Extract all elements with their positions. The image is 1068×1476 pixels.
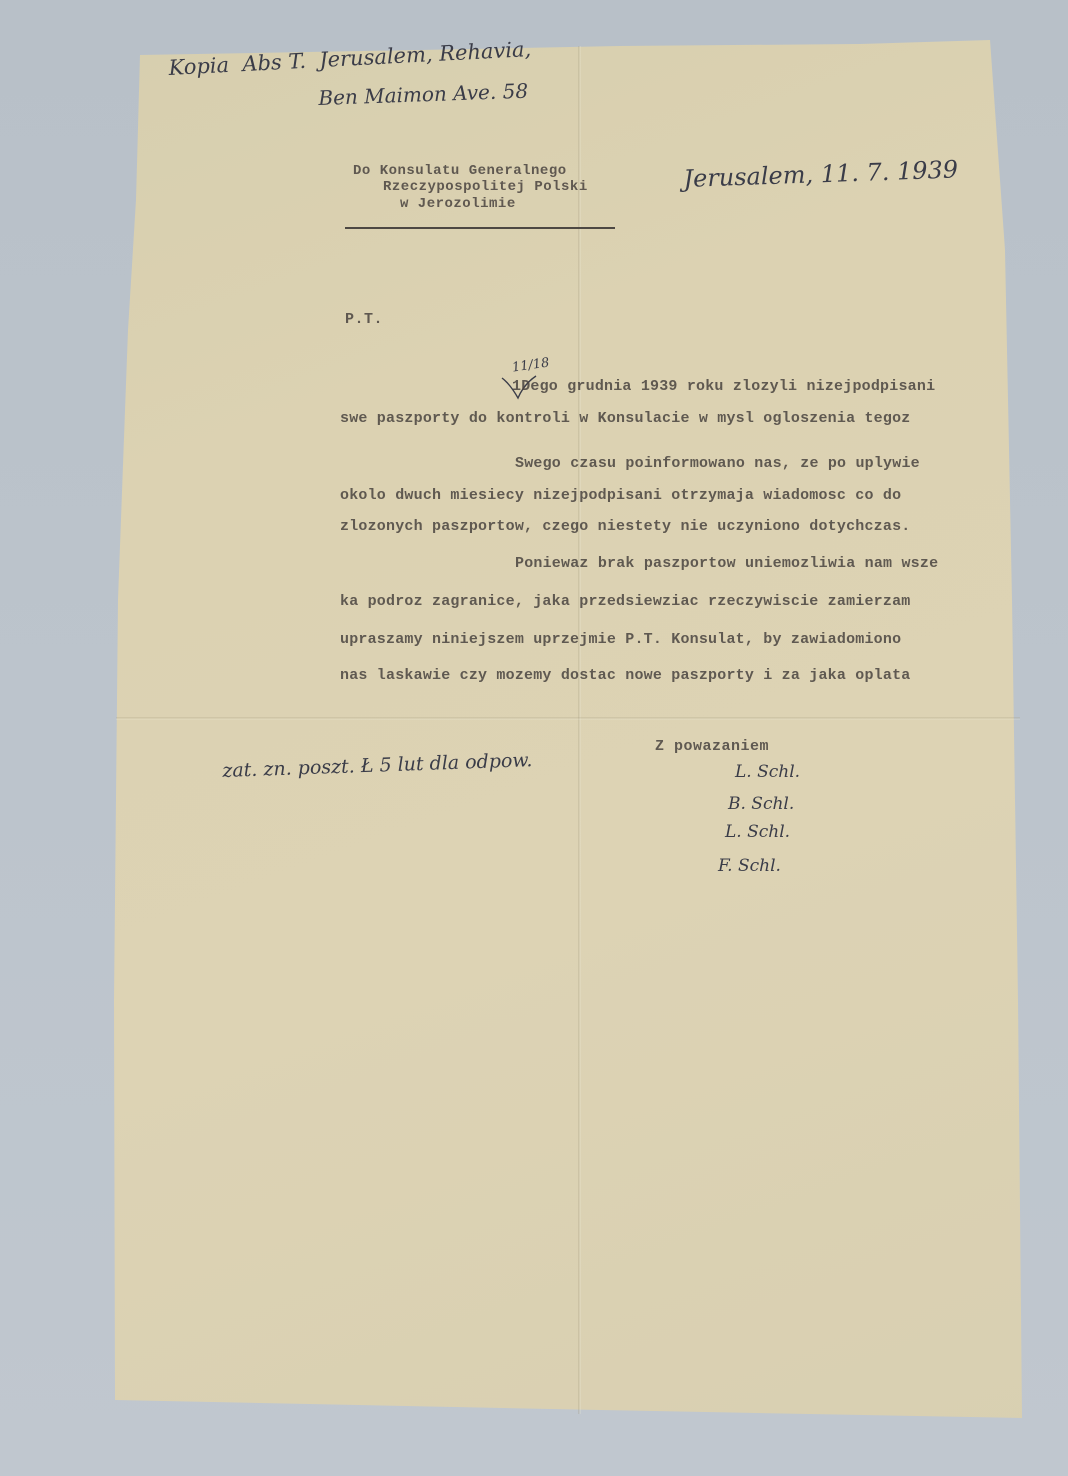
horizontal-fold-crease <box>116 717 1020 720</box>
signature-4: F. Schl. <box>718 856 781 876</box>
signature-1: L. Schl. <box>735 762 800 782</box>
salutation: P.T. <box>345 311 383 328</box>
body-line-7: ka podroz zagranice, jaka przedsiewziac … <box>340 593 911 610</box>
body-line-5: zlozonych paszportow, czego niestety nie… <box>340 518 911 535</box>
closing: Z powazaniem <box>655 738 769 755</box>
body-line-8: upraszamy niniejszem uprzejmie P.T. Kons… <box>340 631 901 648</box>
signature-3: L. Schl. <box>725 822 790 842</box>
body-line-9: nas laskawie czy mozemy dostac nowe pasz… <box>340 667 911 684</box>
addressee-line2: Rzeczypospolitej Polski <box>383 179 588 195</box>
body-line-3: Swego czasu poinformowano nas, ze po upl… <box>515 455 920 472</box>
addressee-underline <box>345 227 615 229</box>
body-line-4: okolo dwuch miesiecy nizejpodpisani otrz… <box>340 487 901 504</box>
addressee-line3: w Jerozolimie <box>400 196 516 212</box>
signature-2: B. Schl. <box>728 794 794 814</box>
body-line-6: Poniewaz brak paszportow uniemozliwia na… <box>515 555 938 572</box>
body-line-1: 1Dego grudnia 1939 roku zlozyli nizejpod… <box>512 378 935 395</box>
addressee-line1: Do Konsulatu Generalnego <box>353 163 567 179</box>
body-line-2: swe paszporty do kontroli w Konsulacie w… <box>340 410 911 427</box>
letter-paper <box>0 0 1068 1476</box>
vertical-fold-crease <box>578 46 581 1414</box>
